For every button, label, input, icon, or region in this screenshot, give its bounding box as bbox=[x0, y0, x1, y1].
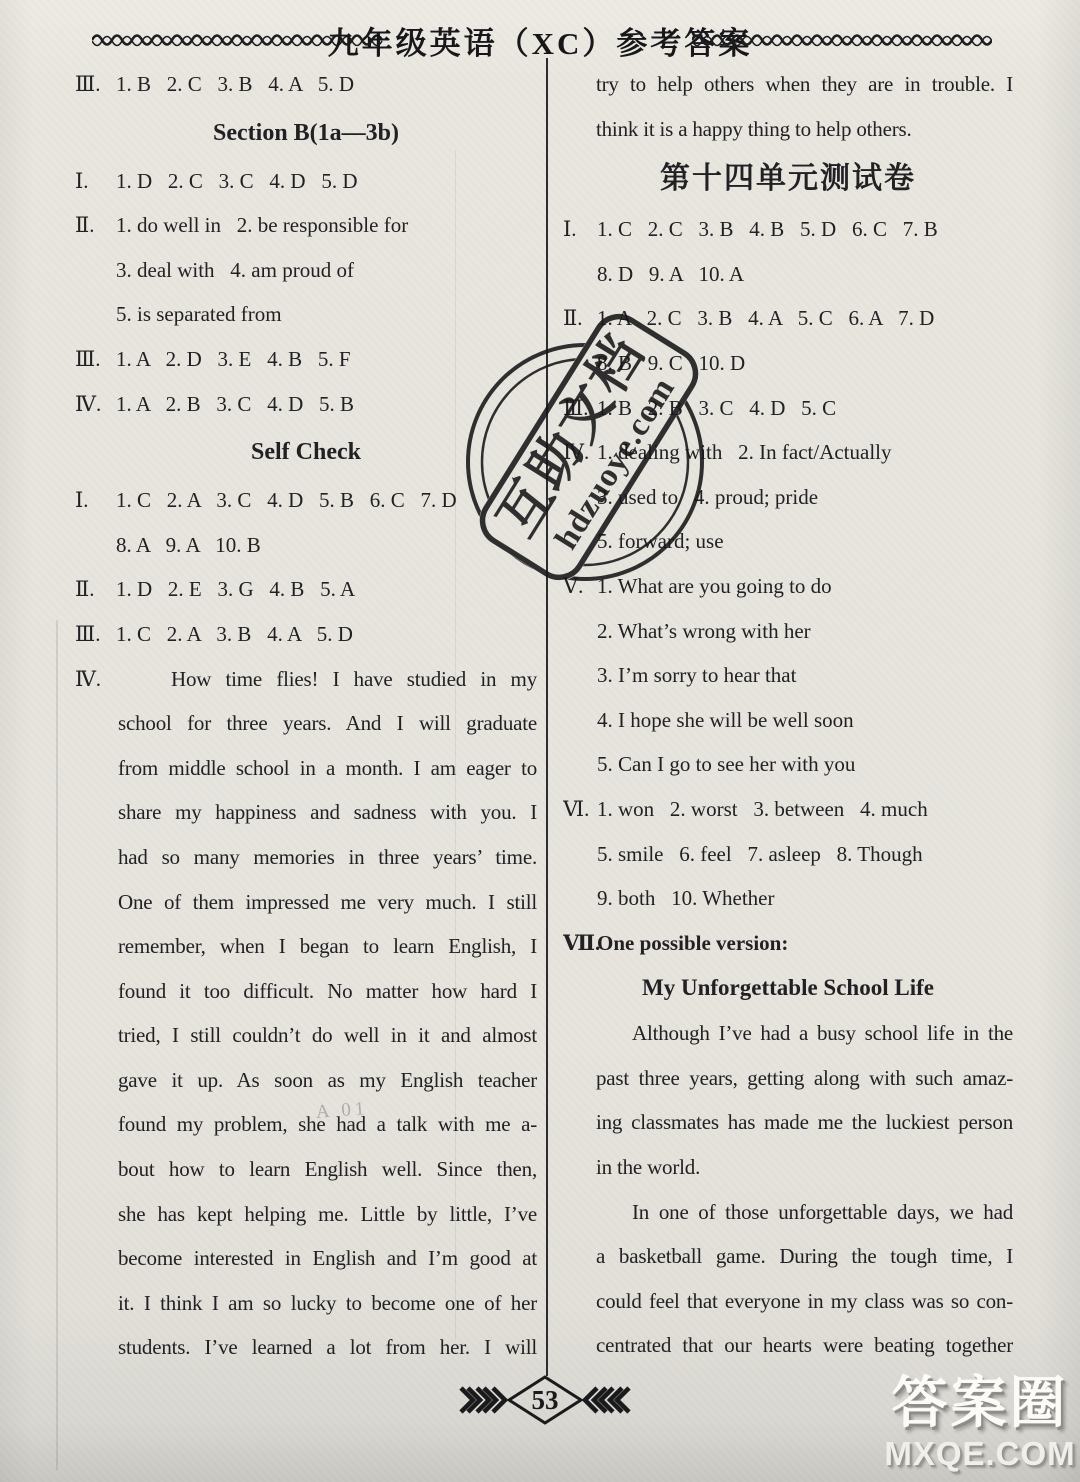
section-heading: Section B(1a—3b) bbox=[75, 107, 537, 159]
site-watermark: 答案圈 MXQE.COM bbox=[880, 1374, 1080, 1472]
answer-line: Ⅳ.1. dealing with 2. In fact/Actually bbox=[563, 430, 1013, 475]
line-text: gave it up. As soon as my English teache… bbox=[118, 1068, 537, 1092]
line-text: 2. What’s wrong with her bbox=[597, 619, 811, 643]
text-line: in the world. bbox=[563, 1145, 1013, 1190]
line-text: 5. Can I go to see her with you bbox=[597, 752, 855, 776]
line-text: think it is a happy thing to help others… bbox=[596, 117, 912, 141]
answer-line: Ⅵ.1. won 2. worst 3. between 4. much bbox=[563, 787, 1013, 832]
section-numeral-label: Ⅱ. bbox=[75, 203, 95, 248]
decorative-wave-right bbox=[692, 31, 992, 49]
section-numeral-label: Ⅴ. bbox=[563, 564, 583, 609]
answer-line: Ⅲ.1. B 2. B 3. C 4. D 5. C bbox=[563, 386, 1013, 431]
footer-page-number: 53 bbox=[445, 1368, 645, 1432]
section-numeral-label: Ⅰ. bbox=[75, 478, 89, 523]
text-line: could feel that everyone in my class was… bbox=[563, 1279, 1013, 1324]
text-line: gave it up. As soon as my English teache… bbox=[75, 1058, 537, 1103]
text-line: In one of those unforgettable days, we h… bbox=[563, 1190, 1013, 1235]
line-text: 8. A 9. A 10. B bbox=[116, 533, 261, 557]
line-text: in the world. bbox=[596, 1155, 700, 1179]
text-line: school for three years. And I will gradu… bbox=[75, 701, 537, 746]
line-text: Self Check bbox=[251, 439, 361, 465]
line-text: found it too difficult. No matter how ha… bbox=[118, 979, 537, 1003]
line-text: 1. A 2. D 3. E 4. B 5. F bbox=[116, 347, 351, 371]
text-line: centrated that our hearts were beating t… bbox=[563, 1323, 1013, 1368]
text-line: found my problem, she had a talk with me… bbox=[75, 1102, 537, 1147]
line-text: remember, when I began to learn English,… bbox=[118, 934, 537, 958]
answer-line: Ⅲ.1. A 2. D 3. E 4. B 5. F bbox=[75, 337, 537, 382]
line-text: 3. used to 4. proud; pride bbox=[597, 485, 818, 509]
line-text: 1. dealing with 2. In fact/Actually bbox=[597, 440, 892, 464]
chevrons-right-icon bbox=[461, 1388, 505, 1412]
answer-line: Ⅰ.1. D 2. C 3. C 4. D 5. D bbox=[75, 159, 537, 204]
line-text: 1. A 2. C 3. B 4. A 5. C 6. A 7. D bbox=[597, 306, 934, 330]
line-text: share my happiness and sadness with you.… bbox=[118, 800, 537, 824]
line-text: bout how to learn English well. Since th… bbox=[118, 1157, 537, 1181]
text-line: found it too difficult. No matter how ha… bbox=[75, 969, 537, 1014]
line-text: ing classmates has made me the luckiest … bbox=[596, 1110, 1013, 1134]
chevrons-left-icon bbox=[585, 1388, 629, 1412]
line-text: 1. B 2. C 3. B 4. A 5. D bbox=[116, 72, 354, 96]
line-text: 1. B 2. B 3. C 4. D 5. C bbox=[597, 396, 836, 420]
line-text: 5. smile 6. feel 7. asleep 8. Though bbox=[597, 842, 923, 866]
line-text: 1. What are you going to do bbox=[597, 574, 832, 598]
text-line: had so many memories in three years’ tim… bbox=[75, 835, 537, 880]
section-numeral-label: Ⅲ. bbox=[75, 337, 101, 382]
text-line: share my happiness and sadness with you.… bbox=[75, 790, 537, 835]
text-line: it. I think I am so lucky to become one … bbox=[75, 1281, 537, 1326]
answer-line: Ⅱ.1. A 2. C 3. B 4. A 5. C 6. A 7. D bbox=[563, 296, 1013, 341]
right-column: try to help others when they are in trou… bbox=[563, 62, 1013, 1368]
text-line: 2. What’s wrong with her bbox=[563, 609, 1013, 654]
line-text: 9. both 10. Whether bbox=[597, 886, 775, 910]
line-text: My Unforgettable School Life bbox=[642, 975, 934, 1000]
text-line: 3. deal with 4. am proud of bbox=[75, 248, 537, 293]
text-line: ing classmates has made me the luckiest … bbox=[563, 1100, 1013, 1145]
left-column: Ⅲ.1. B 2. C 3. B 4. A 5. DSection B(1a—3… bbox=[75, 62, 537, 1370]
text-line: One of them impressed me very much. I st… bbox=[75, 880, 537, 925]
section-numeral-label: Ⅳ. bbox=[75, 657, 101, 702]
text-line: try to help others when they are in trou… bbox=[563, 62, 1013, 107]
line-text: could feel that everyone in my class was… bbox=[596, 1289, 1013, 1313]
answer-line: Ⅲ.1. C 2. A 3. B 4. A 5. D bbox=[75, 612, 537, 657]
site-watermark-url: MXQE.COM bbox=[880, 1436, 1080, 1472]
line-text: 3. deal with 4. am proud of bbox=[116, 258, 354, 282]
section-numeral-label: Ⅳ. bbox=[563, 430, 589, 475]
section-numeral-label: Ⅰ. bbox=[75, 159, 89, 204]
page-number: 53 bbox=[532, 1385, 559, 1415]
line-text: 第十四单元测试卷 bbox=[660, 162, 916, 195]
text-line: 5. smile 6. feel 7. asleep 8. Though bbox=[563, 832, 1013, 877]
paper-crease bbox=[56, 620, 58, 1470]
text-line: bout how to learn English well. Since th… bbox=[75, 1147, 537, 1192]
text-line: Although I’ve had a busy school life in … bbox=[563, 1011, 1013, 1056]
section-numeral-label: Ⅲ. bbox=[75, 62, 101, 107]
line-text: 5. is separated from bbox=[116, 302, 282, 326]
text-line: 3. I’m sorry to hear that bbox=[563, 653, 1013, 698]
text-line: tried, I still couldn’t do well in it an… bbox=[75, 1013, 537, 1058]
text-line: 8. A 9. A 10. B bbox=[75, 523, 537, 568]
line-text: Section B(1a—3b) bbox=[213, 120, 399, 146]
line-text: 5. forward; use bbox=[597, 529, 724, 553]
section-numeral-label: Ⅱ. bbox=[563, 296, 583, 341]
line-text: Although I’ve had a busy school life in … bbox=[632, 1021, 1013, 1045]
section-numeral-label: Ⅲ. bbox=[563, 386, 589, 431]
text-line: 8. D 9. A 10. A bbox=[563, 252, 1013, 297]
line-text: a basketball game. During the tough time… bbox=[596, 1244, 1013, 1268]
line-text: 1. D 2. E 3. G 4. B 5. A bbox=[116, 577, 355, 601]
line-text: One of them impressed me very much. I st… bbox=[118, 890, 537, 914]
line-text: students. I’ve learned a lot from her. I… bbox=[118, 1335, 537, 1359]
line-text: 1. C 2. A 3. C 4. D 5. B 6. C 7. D bbox=[116, 488, 457, 512]
section-numeral-label: Ⅵ. bbox=[563, 787, 589, 832]
line-text: it. I think I am so lucky to become one … bbox=[118, 1291, 537, 1315]
answer-line: Ⅱ.1. D 2. E 3. G 4. B 5. A bbox=[75, 567, 537, 612]
line-text: 1. C 2. A 3. B 4. A 5. D bbox=[116, 622, 353, 646]
line-text: One possible version: bbox=[597, 931, 788, 955]
line-text: In one of those unforgettable days, we h… bbox=[632, 1200, 1013, 1224]
section-numeral-label: Ⅰ. bbox=[563, 207, 577, 252]
line-text: tried, I still couldn’t do well in it an… bbox=[118, 1023, 537, 1047]
text-line: remember, when I began to learn English,… bbox=[75, 924, 537, 969]
line-text: 4. I hope she will be well soon bbox=[597, 708, 854, 732]
section-numeral-label: Ⅶ. bbox=[563, 921, 600, 966]
text-line: 5. forward; use bbox=[563, 519, 1013, 564]
line-text: she has kept helping me. Little by littl… bbox=[118, 1202, 537, 1226]
line-text: How time flies! I have studied in my bbox=[171, 667, 537, 691]
line-text: 1. won 2. worst 3. between 4. much bbox=[597, 797, 928, 821]
answer-line: Ⅴ.1. What are you going to do bbox=[563, 564, 1013, 609]
text-line: past three years, getting along with suc… bbox=[563, 1056, 1013, 1101]
section-numeral-label: Ⅲ. bbox=[75, 612, 101, 657]
section-heading: My Unforgettable School Life bbox=[563, 965, 1013, 1011]
line-text: 1. do well in 2. be responsible for bbox=[116, 213, 408, 237]
text-line: she has kept helping me. Little by littl… bbox=[75, 1192, 537, 1237]
answer-line: Ⅰ.1. C 2. C 3. B 4. B 5. D 6. C 7. B bbox=[563, 207, 1013, 252]
line-text: had so many memories in three years’ tim… bbox=[118, 845, 537, 869]
answer-line: Ⅶ.One possible version: bbox=[563, 921, 1013, 966]
section-numeral-label: Ⅱ. bbox=[75, 567, 95, 612]
line-text: 1. A 2. B 3. C 4. D 5. B bbox=[116, 392, 354, 416]
section-numeral-label: Ⅳ. bbox=[75, 382, 101, 427]
print-artifact: A 01 bbox=[315, 1098, 369, 1124]
text-line: students. I’ve learned a lot from her. I… bbox=[75, 1325, 537, 1370]
line-text: from middle school in a month. I am eage… bbox=[118, 756, 537, 780]
line-text: become interested in English and I’m goo… bbox=[118, 1246, 537, 1270]
line-text: 3. I’m sorry to hear that bbox=[597, 663, 796, 687]
site-watermark-logo: 答案圈 bbox=[880, 1374, 1080, 1434]
text-line: 5. is separated from bbox=[75, 292, 537, 337]
answer-line: Ⅳ.1. A 2. B 3. C 4. D 5. B bbox=[75, 382, 537, 427]
text-line: 8. B 9. C 10. D bbox=[563, 341, 1013, 386]
text-line: from middle school in a month. I am eage… bbox=[75, 746, 537, 791]
text-line: 4. I hope she will be well soon bbox=[563, 698, 1013, 743]
line-text: 8. D 9. A 10. A bbox=[597, 262, 744, 286]
text-line: think it is a happy thing to help others… bbox=[563, 107, 1013, 152]
line-text: 8. B 9. C 10. D bbox=[597, 351, 745, 375]
answer-line: Ⅲ.1. B 2. C 3. B 4. A 5. D bbox=[75, 62, 537, 107]
section-heading: 第十四单元测试卷 bbox=[563, 151, 1013, 207]
answer-line: Ⅰ.1. C 2. A 3. C 4. D 5. B 6. C 7. D bbox=[75, 478, 537, 523]
line-text: school for three years. And I will gradu… bbox=[118, 711, 537, 735]
text-line: a basketball game. During the tough time… bbox=[563, 1234, 1013, 1279]
section-heading: Self Check bbox=[75, 426, 537, 478]
text-line: 9. both 10. Whether bbox=[563, 876, 1013, 921]
text-line: 3. used to 4. proud; pride bbox=[563, 475, 1013, 520]
text-line: 5. Can I go to see her with you bbox=[563, 742, 1013, 787]
line-text: 1. C 2. C 3. B 4. B 5. D 6. C 7. B bbox=[597, 217, 938, 241]
answer-line: Ⅳ.How time flies! I have studied in my bbox=[75, 657, 537, 702]
text-line: become interested in English and I’m goo… bbox=[75, 1236, 537, 1281]
line-text: past three years, getting along with suc… bbox=[596, 1066, 1013, 1090]
line-text: try to help others when they are in trou… bbox=[596, 72, 1013, 96]
line-text: 1. D 2. C 3. C 4. D 5. D bbox=[116, 169, 358, 193]
answer-line: Ⅱ.1. do well in 2. be responsible for bbox=[75, 203, 537, 248]
line-text: centrated that our hearts were beating t… bbox=[596, 1333, 1013, 1357]
column-divider bbox=[546, 58, 548, 1376]
